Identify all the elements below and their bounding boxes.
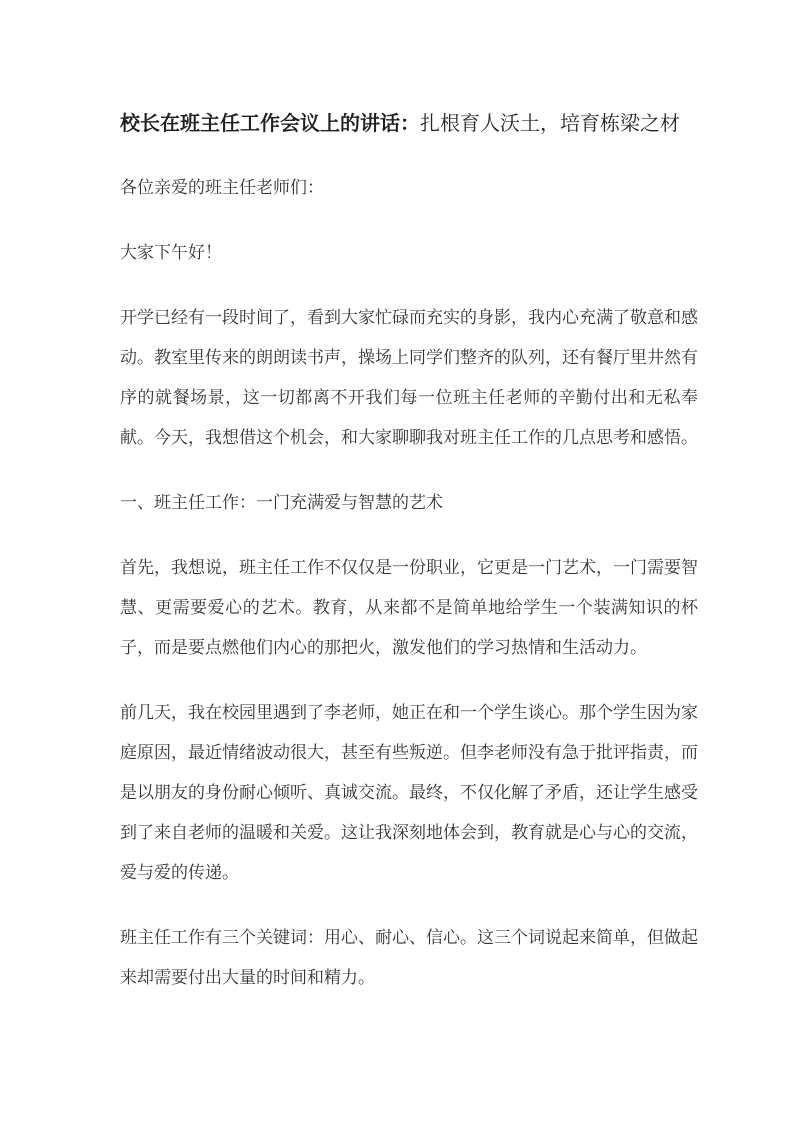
section-heading-1: 一、班主任工作：一门充满爱与智慧的艺术 [120,483,698,523]
greeting-line: 大家下午好！ [120,233,698,273]
salutation-line: 各位亲爱的班主任老师们： [120,168,698,208]
document-page: 校长在班主任工作会议上的讲话：扎根育人沃土，培育栋梁之材 各位亲爱的班主任老师们… [0,0,793,1122]
body-paragraph-1: 首先，我想说，班主任工作不仅仅是一份职业，它更是一门艺术，一门需要智慧、更需要爱… [120,548,698,668]
intro-paragraph: 开学已经有一段时间了，看到大家忙碌而充实的身影，我内心充满了敬意和感动。教室里传… [120,298,698,458]
document-title: 校长在班主任工作会议上的讲话：扎根育人沃土，培育栋梁之材 [120,104,698,144]
body-paragraph-3: 班主任工作有三个关键词：用心、耐心、信心。这三个词说起来简单，但做起来却需要付出… [120,918,698,998]
document-title-subtitle: 扎根育人沃土，培育栋梁之材 [420,113,680,135]
body-paragraph-2: 前几天，我在校园里遇到了李老师，她正在和一个学生谈心。那个学生因为家庭原因，最近… [120,693,698,893]
document-title-main: 校长在班主任工作会议上的讲话： [120,113,420,135]
